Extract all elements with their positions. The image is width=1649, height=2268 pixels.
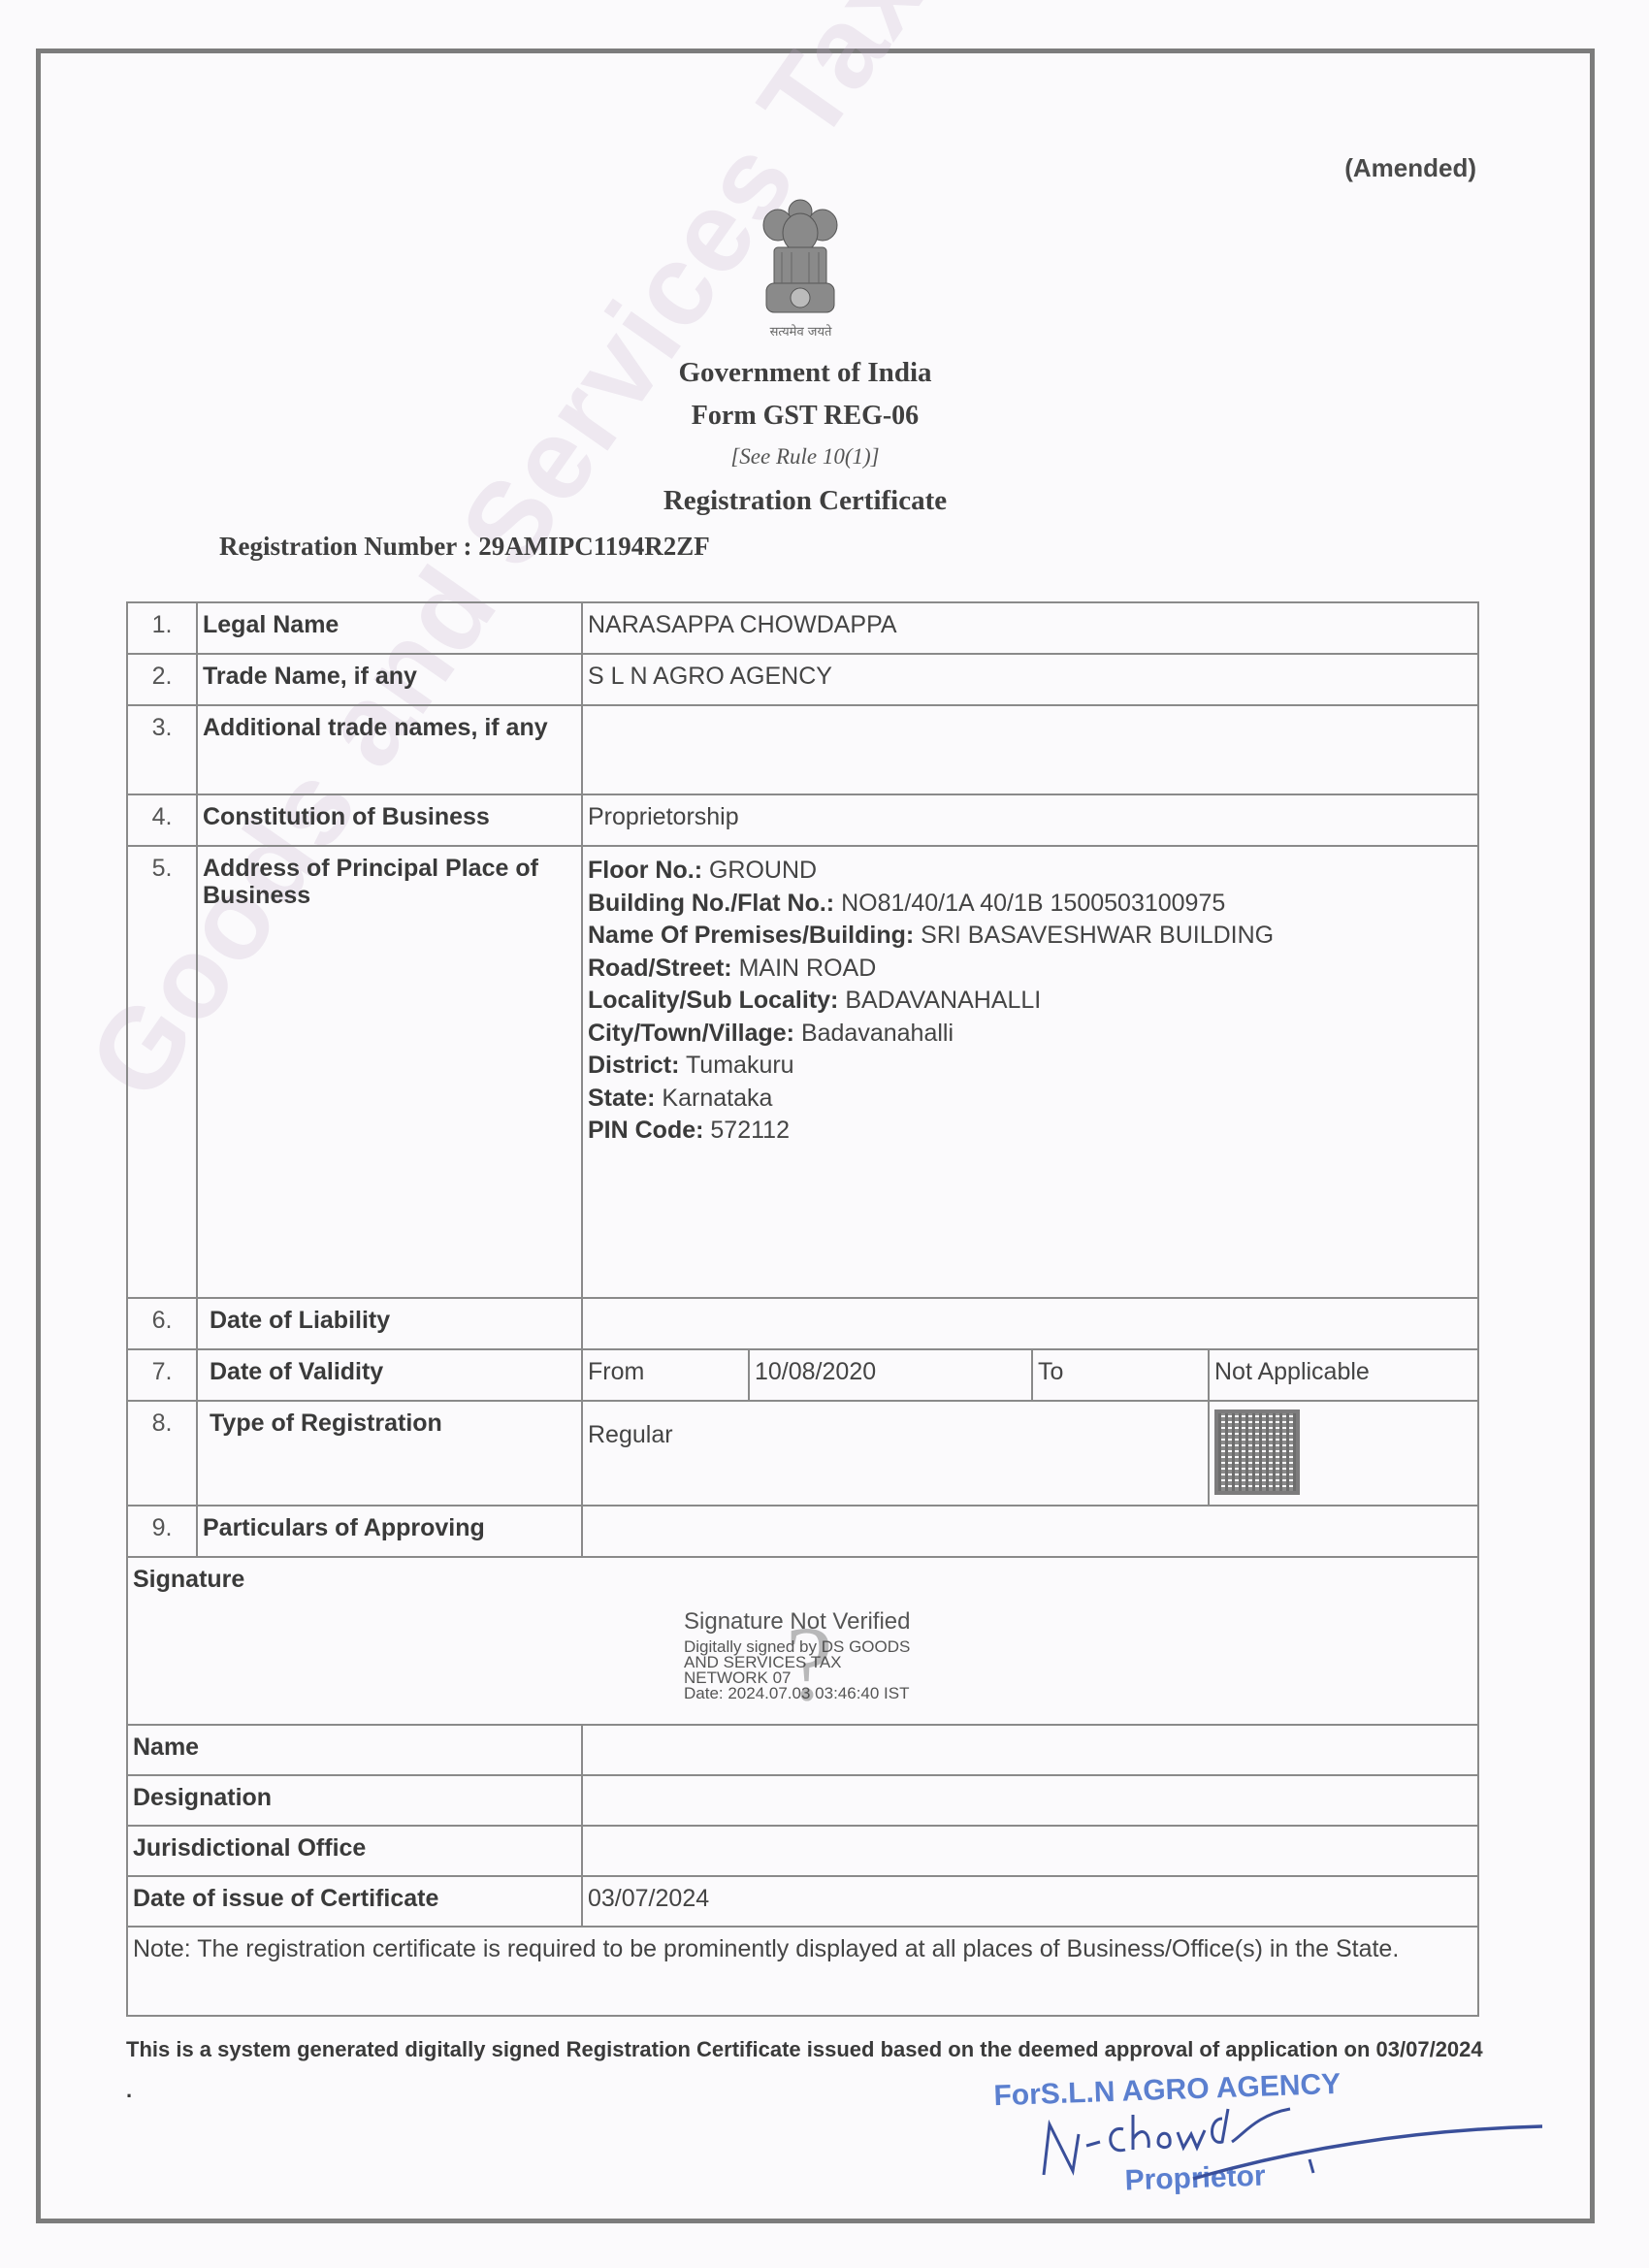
form-title: Form GST REG-06 xyxy=(0,401,1610,432)
signature-row: Signature xyxy=(127,1557,1478,1725)
registration-type-value: Regular xyxy=(582,1401,1209,1506)
officer-row: Date of issue of Certificate 03/07/2024 xyxy=(127,1876,1478,1927)
table-row: 9. Particulars of Approving xyxy=(127,1506,1478,1557)
address-floor: Floor No.: GROUND xyxy=(588,855,1472,888)
validity-to-value: Not Applicable xyxy=(1209,1349,1478,1401)
date-of-issue-value: 03/07/2024 xyxy=(582,1876,1478,1927)
table-row: 1. Legal Name NARASAPPA CHOWDAPPA xyxy=(127,602,1478,654)
table-row: 7. Date of Validity From 10/08/2020 To N… xyxy=(127,1349,1478,1401)
jurisdictional-office-value xyxy=(582,1826,1478,1876)
address-district: District: Tumakuru xyxy=(588,1050,1472,1083)
constitution-value: Proprietorship xyxy=(582,794,1478,846)
row-number: 1. xyxy=(127,602,197,654)
designation-value xyxy=(582,1775,1478,1826)
table-row: 4. Constitution of Business Proprietorsh… xyxy=(127,794,1478,846)
national-emblem-icon xyxy=(753,194,848,320)
table-row: 8. Type of Registration Regular xyxy=(127,1401,1478,1506)
validity-from-date: 10/08/2020 xyxy=(749,1349,1032,1401)
validity-to-label: To xyxy=(1032,1349,1209,1401)
date-of-liability-value xyxy=(582,1298,1478,1349)
row-label: Additional trade names, if any xyxy=(197,705,582,794)
row-number: 7. xyxy=(127,1349,197,1401)
emblem-motto: सत्यमेव जयते xyxy=(735,322,866,340)
row-label: Trade Name, if any xyxy=(197,654,582,705)
row-number: 5. xyxy=(127,846,197,1298)
row-number: 4. xyxy=(127,794,197,846)
row-number: 6. xyxy=(127,1298,197,1349)
address-premises: Name Of Premises/Building: SRI BASAVESHW… xyxy=(588,920,1472,953)
row-number: 3. xyxy=(127,705,197,794)
handwritten-signature-icon xyxy=(1028,2086,1552,2192)
row-label: Date of Validity xyxy=(197,1349,582,1401)
designation-label: Designation xyxy=(127,1775,582,1826)
note-row: Note: The registration certificate is re… xyxy=(127,1927,1478,2016)
address-pin: PIN Code: 572112 xyxy=(588,1115,1472,1148)
address-building-no: Building No./Flat No.: NO81/40/1A 40/1B … xyxy=(588,888,1472,921)
rule-reference: [See Rule 10(1)] xyxy=(0,444,1610,470)
row-number: 2. xyxy=(127,654,197,705)
address-value: Floor No.: GROUND Building No./Flat No.:… xyxy=(582,846,1478,1298)
government-title: Government of India xyxy=(0,357,1610,389)
row-label: Constitution of Business xyxy=(197,794,582,846)
certificate-table: 1. Legal Name NARASAPPA CHOWDAPPA 2. Tra… xyxy=(126,601,1479,2017)
address-state: State: Karnataka xyxy=(588,1083,1472,1116)
legal-name-value: NARASAPPA CHOWDAPPA xyxy=(582,602,1478,654)
amended-label: (Amended) xyxy=(1344,153,1476,183)
row-label: Address of Principal Place of Business xyxy=(197,846,582,1298)
address-locality: Locality/Sub Locality: BADAVANAHALLI xyxy=(588,985,1472,1018)
qr-code-icon xyxy=(1214,1409,1300,1495)
row-label: Date of Liability xyxy=(197,1298,582,1349)
table-row: 6. Date of Liability xyxy=(127,1298,1478,1349)
table-row: 5. Address of Principal Place of Busines… xyxy=(127,846,1478,1298)
address-city: City/Town/Village: Badavanahalli xyxy=(588,1018,1472,1051)
registration-number: Registration Number : 29AMIPC1194R2ZF xyxy=(219,532,710,562)
officer-name-label: Name xyxy=(127,1725,582,1775)
trade-name-value: S L N AGRO AGENCY xyxy=(582,654,1478,705)
row-label: Legal Name xyxy=(197,602,582,654)
officer-row: Jurisdictional Office xyxy=(127,1826,1478,1876)
certificate-title: Registration Certificate xyxy=(0,485,1610,517)
row-number: 8. xyxy=(127,1401,197,1506)
officer-row: Name xyxy=(127,1725,1478,1775)
qr-cell xyxy=(1209,1401,1478,1506)
additional-trade-names-value xyxy=(582,705,1478,794)
row-label: Particulars of Approving xyxy=(197,1506,582,1557)
table-row: 2. Trade Name, if any S L N AGRO AGENCY xyxy=(127,654,1478,705)
officer-row: Designation xyxy=(127,1775,1478,1826)
row-number: 9. xyxy=(127,1506,197,1557)
validity-from-label: From xyxy=(582,1349,749,1401)
address-road: Road/Street: MAIN ROAD xyxy=(588,953,1472,986)
table-row: 3. Additional trade names, if any xyxy=(127,705,1478,794)
note-text: Note: The registration certificate is re… xyxy=(127,1927,1478,2016)
signature-label: Signature xyxy=(133,1566,244,1593)
date-of-issue-label: Date of issue of Certificate xyxy=(127,1876,582,1927)
approving-value xyxy=(582,1506,1478,1557)
jurisdictional-office-label: Jurisdictional Office xyxy=(127,1826,582,1876)
row-label: Type of Registration xyxy=(197,1401,582,1506)
officer-name-value xyxy=(582,1725,1478,1775)
signature-cell: Signature xyxy=(127,1557,1478,1725)
